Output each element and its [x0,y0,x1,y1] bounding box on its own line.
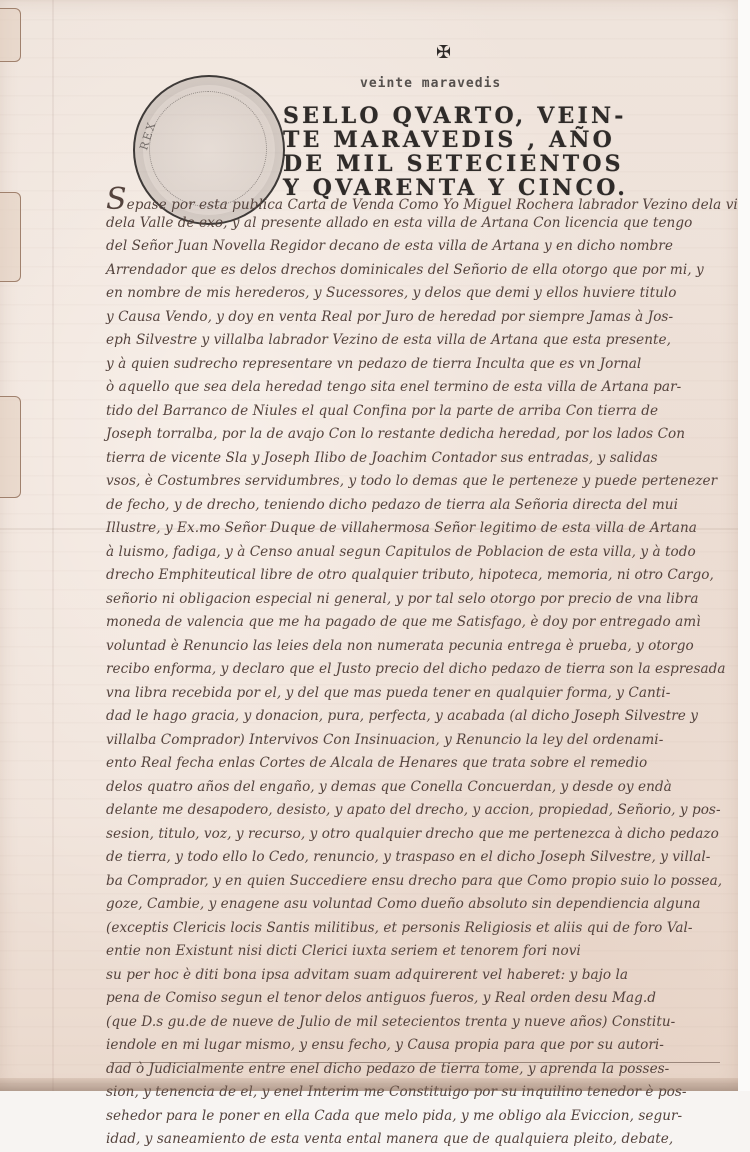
text-line: y à quien sudrecho representare vn pedaz… [106,353,718,377]
bottom-ruled-line [110,1062,720,1063]
stamp-line: SELLO QVARTO, VEIN- [283,104,643,128]
torn-bottom-edge [0,1078,738,1091]
text-line: recibo enforma, y declaro que el Justo p… [106,658,718,682]
text-line: villalba Comprador) Intervivos Con Insin… [106,729,718,753]
scan-right-margin [738,0,750,1091]
text-line: tierra de vicente Sla y Joseph Ilibo de … [106,447,718,471]
text-line: Arrendador que es delos drechos dominica… [106,259,718,283]
text-line: eph Silvestre y villalba labrador Vezino… [106,329,718,353]
text-line: tido del Barranco de Niules el qual Conf… [106,400,718,424]
text-line: (que D.s gu.de de nueve de Julio de mil … [106,1011,718,1035]
document-page: REX ✠ veinte maravedis SELLO QVARTO, VEI… [0,0,738,1091]
text-line: Illustre, y Ex.mo Señor Duque de villahe… [106,517,718,541]
stamp-line: TE MARAVEDIS , AÑO [283,128,643,152]
binding-tab-middle [0,192,21,282]
text-line: moneda de valencia que me ha pagado de q… [106,611,718,635]
text-line: iendole en mi lugar mismo, y ensu fecho,… [106,1034,718,1058]
text-line: Sepase por esta publica Carta de Venda C… [106,188,718,212]
text-line: entie non Existunt nisi dicti Clerici iu… [106,940,718,964]
text-line: en nombre de mis herederos, y Sucessores… [106,282,718,306]
text-line: drecho Emphiteutical libre de otro qualq… [106,564,718,588]
text-line: (exceptis Clericis locis Santis militibu… [106,917,718,941]
text-line: ento Real fecha enlas Cortes de Alcala d… [106,752,718,776]
text-line: pena de Comiso segun el tenor delos anti… [106,987,718,1011]
text-line: del Señor Juan Novella Regidor decano de… [106,235,718,259]
text-line: de fecho, y de drecho, teniendo dicho pe… [106,494,718,518]
cross-icon: ✠ [436,42,451,63]
binding-tab-lower [0,396,21,498]
text-line: Joseph torralba, por la de avajo Con lo … [106,423,718,447]
text-line: delante me desapodero, desisto, y apato … [106,799,718,823]
text-line: goze, Cambie, y enagene asu voluntad Com… [106,893,718,917]
handwritten-deed-text: Sepase por esta publica Carta de Venda C… [106,188,718,1091]
text-line: vna libra recebida por el, y del que mas… [106,682,718,706]
text-line: vsos, è Costumbres servidumbres, y todo … [106,470,718,494]
text-line: dela Valle de exo, y al presente allado … [106,212,718,236]
stamped-paper-header: SELLO QVARTO, VEIN- TE MARAVEDIS , AÑO D… [283,104,643,200]
text-line: su per hoc è diti bona ipsa advitam suam… [106,964,718,988]
text-line: sesion, titulo, voz, y recurso, y otro q… [106,823,718,847]
text-line: señorio ni obligacion especial ni genera… [106,588,718,612]
stamp-denomination: veinte maravedis [360,76,501,91]
text-line: de tierra, y todo ello lo Cedo, renuncio… [106,846,718,870]
vertical-fold-crease [52,0,54,1091]
text-line: y Causa Vendo, y doy en venta Real por J… [106,306,718,330]
text-line: voluntad è Renuncio las leies dela non n… [106,635,718,659]
text-line: ba Comprador, y en quien Succediere ensu… [106,870,718,894]
binding-tab-top [0,8,21,62]
text-line: ò aquello que sea dela heredad tengo sit… [106,376,718,400]
text-line: à luismo, fadiga, y à Censo anual segun … [106,541,718,565]
text-line: dad le hago gracia, y donacion, pura, pe… [106,705,718,729]
text-line: delos quatro años del engaño, y demas qu… [106,776,718,800]
stamp-line: DE MIL SETECIENTOS [283,152,643,176]
